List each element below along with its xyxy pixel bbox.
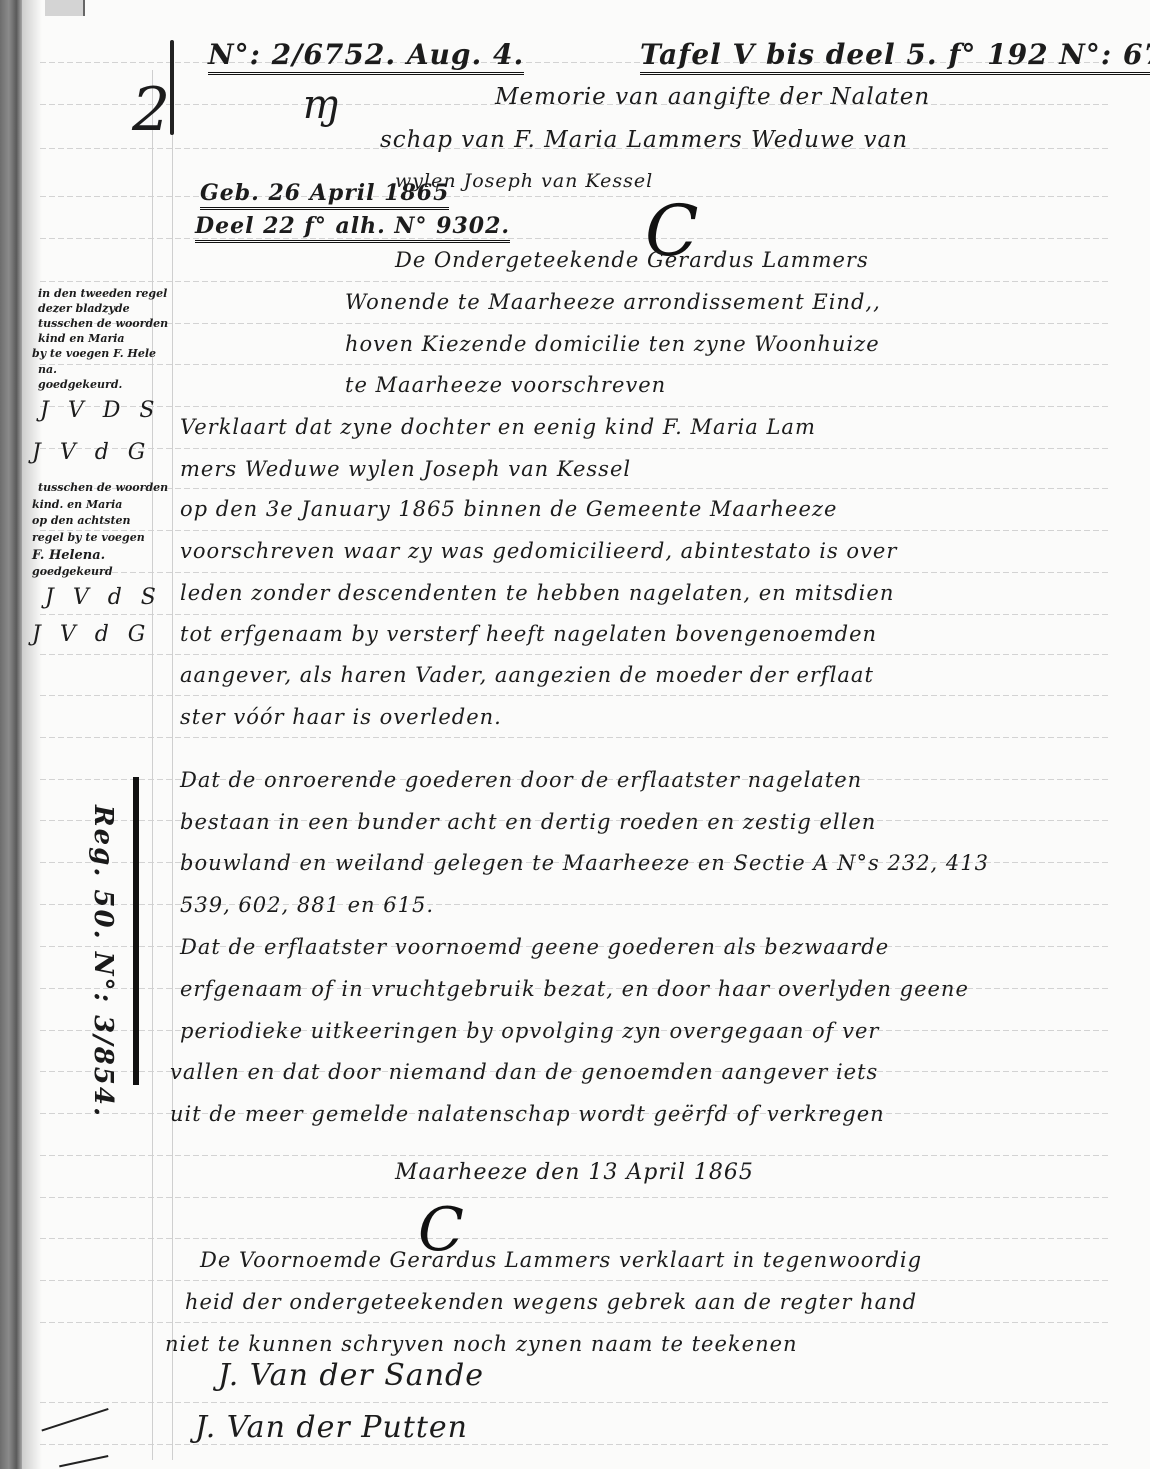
ruled-line <box>40 530 1110 531</box>
ruled-line <box>40 406 1110 407</box>
margin-note-2-line: op den achtsten <box>32 514 131 527</box>
body-line-11: aangever, als haren Vader, aangezien de … <box>180 663 874 687</box>
margin-note-1-line: goedgekeurd. <box>38 378 122 391</box>
margin-note-2-line: goedgekeurd <box>32 565 113 578</box>
margin-note-1-line: by te voegen F. Hele <box>32 347 156 360</box>
body-line-14: bestaan in een bunder acht en dertig roe… <box>180 810 876 834</box>
body-line-15: bouwland en weiland gelegen te Maarheeze… <box>180 851 989 875</box>
place-date: Maarheeze den 13 April 1865 <box>395 1160 754 1185</box>
tafel-reference: Tafel V bis deel 5. f° 192 N°: 67. <box>640 38 1150 75</box>
body-line-12: ster vóór haar is overleden. <box>180 705 502 729</box>
book-binding <box>0 0 22 1469</box>
ruled-line <box>40 1322 1110 1323</box>
margin-note-1-line: na. <box>38 363 57 376</box>
signature-flourish <box>41 1408 108 1432</box>
signature-flourish <box>59 1455 108 1467</box>
ruled-line <box>40 695 1110 696</box>
margin-note-2-line: regel by te voegen <box>32 531 145 544</box>
margin-note-2-line: tusschen de woorden <box>38 481 168 494</box>
closing-line-2: heid der ondergeteekenden wegens gebrek … <box>185 1290 917 1314</box>
body-line-10: tot erfgenaam by versterf heeft nagelate… <box>180 622 877 646</box>
margin-rule <box>152 70 153 1460</box>
ruled-line <box>40 572 1110 573</box>
registration-bar <box>133 777 139 1085</box>
margin-note-1-line: in den tweeden regel <box>38 287 167 300</box>
margin-initials: J V D S <box>40 398 160 423</box>
ruled-line <box>40 654 1110 655</box>
margin-note-2-line: kind. en Maria <box>32 498 122 511</box>
body-line-6: mers Weduwe wylen Joseph van Kessel <box>180 457 631 481</box>
document-page: 2 N°: 2/6752. Aug. 4. Tafel V bis deel 5… <box>0 0 1150 1469</box>
title-flourish: ɱ <box>302 82 341 128</box>
body-line-18: erfgenaam of in vruchtgebruik bezat, en … <box>180 977 969 1001</box>
signature-2: J. Van der Putten <box>195 1410 468 1445</box>
body-line-21: uit de meer gemelde nalatenschap wordt g… <box>170 1102 885 1126</box>
signature-1: J. Van der Sande <box>218 1358 484 1393</box>
ruled-line <box>40 737 1110 738</box>
body-line-9: leden zonder descendenten te hebben nage… <box>180 581 894 605</box>
closing-line-1: De Voornoemde Gerardus Lammers verklaart… <box>200 1248 922 1272</box>
title-line-2: schap van F. Maria Lammers Weduwe van <box>380 127 908 153</box>
body-line-5: Verklaart dat zyne dochter en eenig kind… <box>180 415 816 439</box>
body-line-8: voorschreven waar zy was gedomicilieerd,… <box>180 539 897 563</box>
margin-note-1-line: kind en Maria <box>38 332 125 345</box>
body-line-7: op den 3e January 1865 binnen de Gemeent… <box>180 497 837 521</box>
ruled-line <box>40 448 1110 449</box>
body-line-2: Wonende te Maarheeze arrondissement Eind… <box>345 290 881 314</box>
binding-shadow <box>22 0 42 1469</box>
margin-initials: J V d G <box>32 622 151 647</box>
vertical-registration: Reg. 50. N°: 3/854. <box>88 805 118 1118</box>
margin-note-2-line: F. Helena. <box>32 548 105 563</box>
ruled-line <box>40 488 1110 489</box>
margin-note-1-line: tusschen de woorden <box>38 317 168 330</box>
body-line-17: Dat de erflaatster voornoemd geene goede… <box>180 935 889 959</box>
ruled-line <box>40 1238 1110 1239</box>
margin-rule <box>172 70 173 1460</box>
body-line-16: 539, 602, 881 en 615. <box>180 893 434 917</box>
closing-line-3: niet te kunnen schryven noch zynen naam … <box>165 1332 798 1356</box>
body-line-1: De Ondergeteekende Gerardus Lammers <box>395 248 869 272</box>
folio-mark: 2 <box>132 75 171 145</box>
entry-number: N°: 2/6752. Aug. 4. <box>208 38 524 75</box>
margin-initials: J V d G <box>32 440 151 465</box>
ruled-line <box>40 364 1110 365</box>
body-line-4: te Maarheeze voorschreven <box>345 373 666 397</box>
register-note: Deel 22 f° alh. N° 9302. <box>195 213 510 243</box>
margin-initials: J V d S <box>45 585 162 610</box>
margin-note-1-line: dezer bladzyde <box>38 302 130 315</box>
ruled-line <box>40 1402 1110 1403</box>
ruled-line <box>40 1155 1110 1156</box>
birth-note: Geb. 26 April 1865 <box>200 180 449 210</box>
folio-flourish <box>170 40 174 135</box>
ruled-line <box>40 323 1110 324</box>
title-line-1: Memorie van aangifte der Nalaten <box>495 84 930 110</box>
ruled-line <box>40 1197 1110 1198</box>
page-tab <box>45 0 85 16</box>
body-line-19: periodieke uitkeeringen by opvolging zyn… <box>180 1019 879 1043</box>
body-line-20: vallen en dat door niemand dan de genoem… <box>170 1060 878 1084</box>
ruled-line <box>40 1280 1110 1281</box>
ruled-line <box>40 281 1110 282</box>
ruled-line <box>40 614 1110 615</box>
body-line-3: hoven Kiezende domicilie ten zyne Woonhu… <box>345 332 880 356</box>
body-line-13: Dat de onroerende goederen door de erfla… <box>180 768 862 792</box>
